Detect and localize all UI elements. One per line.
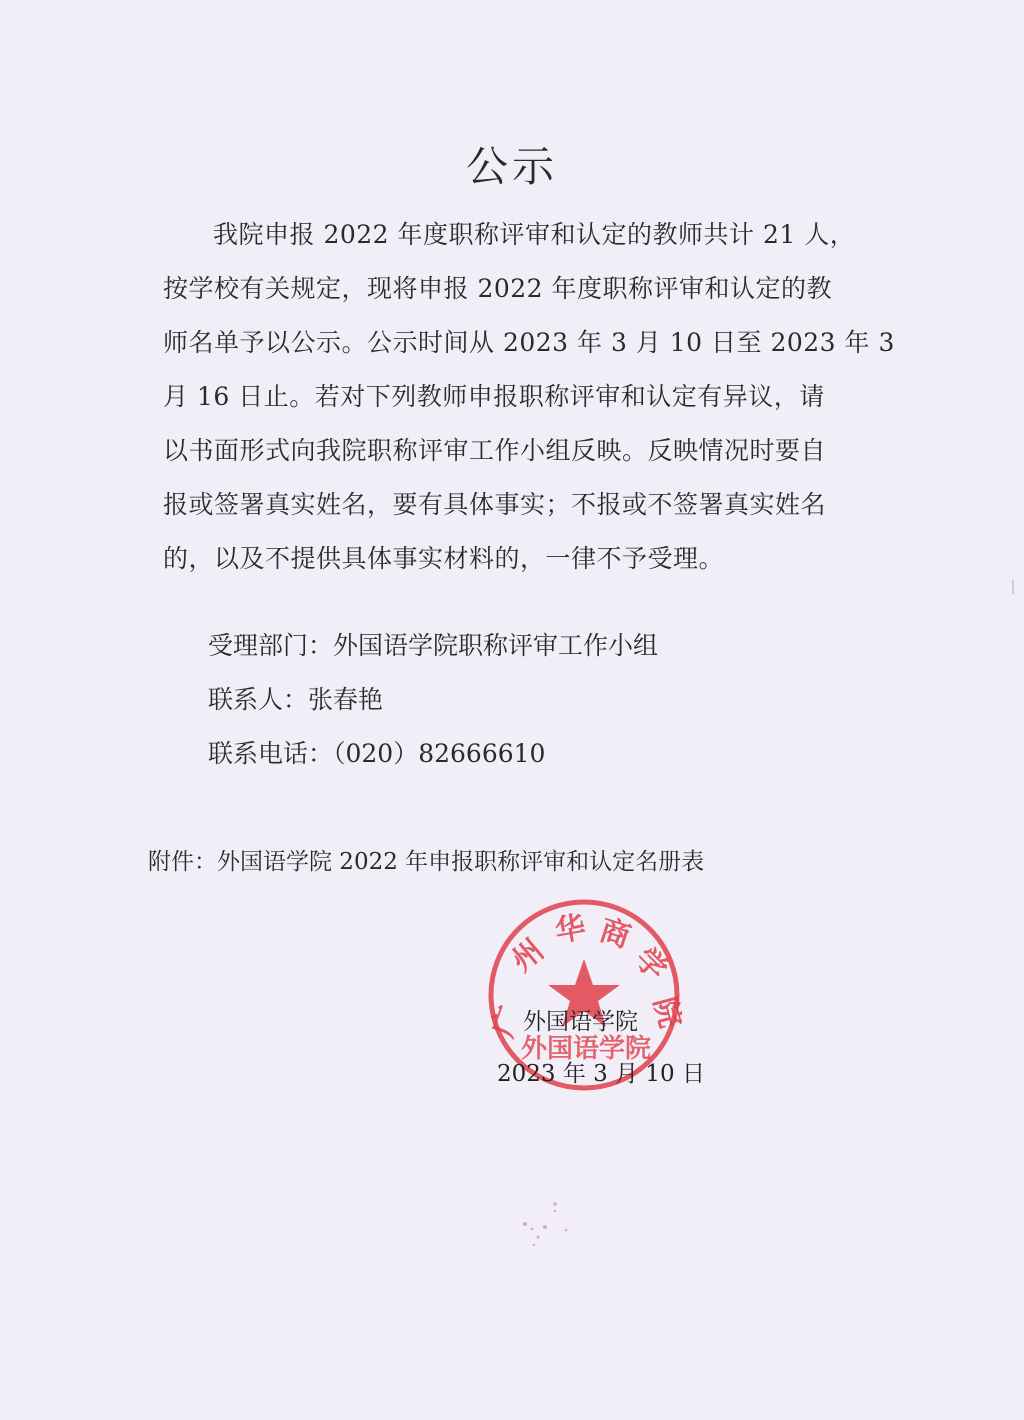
- body-line: 月 16 日止。若对下列教师申报职称评审和认定有异议，请: [163, 370, 863, 424]
- contact-department: 受理部门：外国语学院职称评审工作小组: [208, 626, 658, 662]
- document-page: 公示 我院申报 2022 年度职称评审和认定的教师共计 21 人， 按学校有关规…: [0, 0, 1024, 1420]
- body-line: 我院申报 2022 年度职称评审和认定的教师共计 21 人，: [163, 208, 863, 262]
- body-paragraph: 我院申报 2022 年度职称评审和认定的教师共计 21 人， 按学校有关规定，现…: [163, 208, 863, 586]
- body-line: 师名单予以公示。公示时间从 2023 年 3 月 10 日至 2023 年 3: [163, 316, 863, 370]
- body-line: 按学校有关规定，现将申报 2022 年度职称评审和认定的教: [163, 262, 863, 316]
- body-line: 的，以及不提供具体事实材料的，一律不予受理。: [163, 532, 863, 586]
- svg-text:华: 华: [553, 910, 589, 950]
- body-line: 报或签署真实姓名，要有具体事实；不报或不签署真实姓名: [163, 478, 863, 532]
- contact-person: 联系人：张春艳: [208, 680, 383, 716]
- attachment-note: 附件：外国语学院 2022 年申报职称评审和认定名册表: [148, 843, 704, 876]
- svg-text:院: 院: [646, 994, 682, 1032]
- scan-edge-mark: [1012, 580, 1014, 594]
- scan-specks-icon: [500, 1180, 590, 1250]
- signature-date: 2023 年 3 月 10 日: [497, 1055, 705, 1088]
- body-line: 以书面形式向我院职称评审工作小组反映。反映情况时要自: [163, 424, 863, 478]
- svg-text:商: 商: [595, 913, 634, 956]
- document-title: 公示: [0, 134, 1024, 194]
- contact-phone: 联系电话：（020）82666610: [208, 734, 545, 770]
- signature-organization: 外国语学院: [523, 1003, 638, 1036]
